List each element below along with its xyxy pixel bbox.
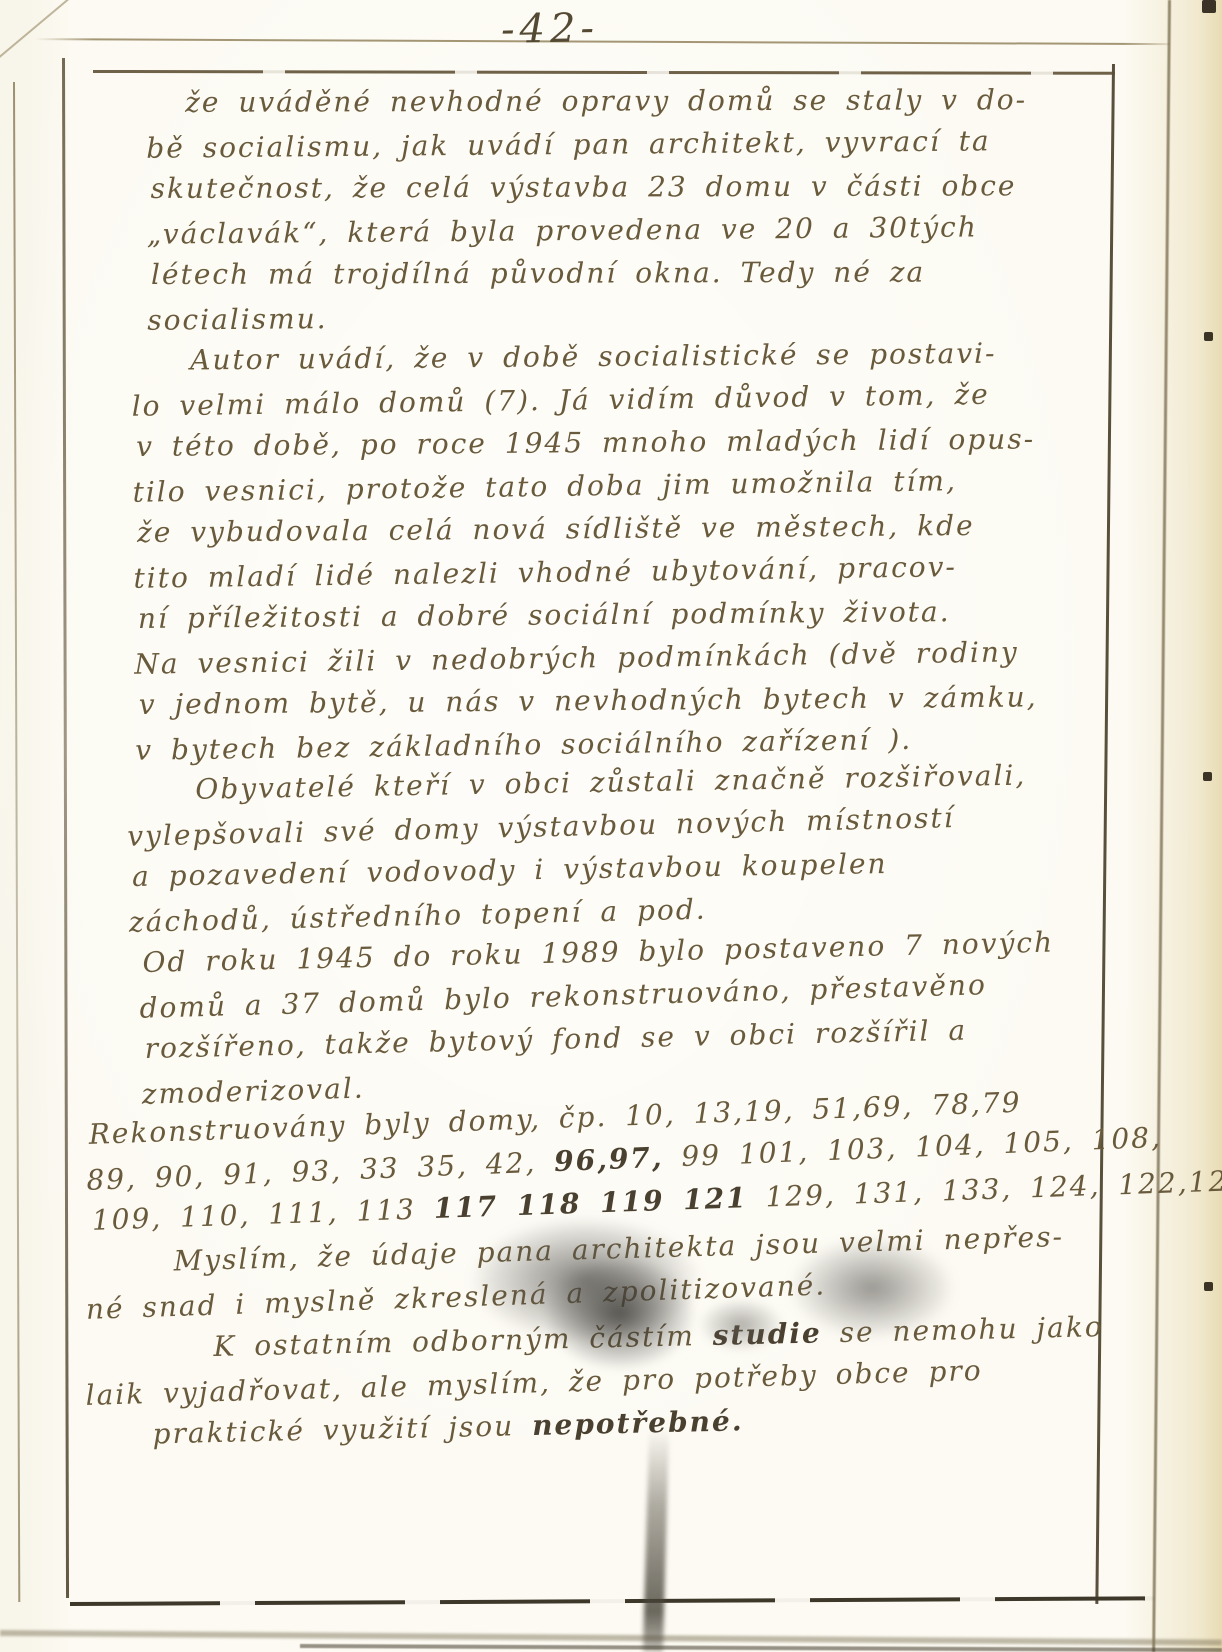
handwritten-line: bě socialismu, jak uvádí pan architekt, … xyxy=(146,118,1111,169)
outer-frame-bottom-line xyxy=(0,1630,1222,1646)
page-edge-strip xyxy=(1196,0,1222,1652)
paragraph: Autor uvádí, že v době socialistické se … xyxy=(135,330,1119,770)
page-number: -42- xyxy=(480,5,621,53)
scanned-document-page: -42- že uváděné nevhodné opravy domů se … xyxy=(0,0,1222,1652)
handwritten-line: že uváděné nevhodné opravy domů se staly… xyxy=(185,78,1115,124)
handwritten-line: „václavák“, která byla provedena ve 20 a… xyxy=(147,204,1112,255)
inner-box-bottom-border xyxy=(70,1596,1155,1606)
handwritten-line: skutečnost, že celá výstavba 23 domu v č… xyxy=(150,164,1115,210)
inner-box-top-border xyxy=(93,70,1115,75)
outer-frame-right-line xyxy=(1152,0,1171,1652)
edge-mark xyxy=(1203,772,1212,781)
bottom-scan-shadow xyxy=(300,1644,1222,1652)
paragraph: že uváděné nevhodné opravy domů se staly… xyxy=(150,77,1116,340)
handwritten-line: létech má trojdílná původní okna. Tedy n… xyxy=(151,250,1116,296)
pencil-streak xyxy=(643,1428,669,1652)
paragraph: K ostatním odborným částím studie se nem… xyxy=(88,1304,1118,1458)
edge-mark xyxy=(1204,1282,1213,1291)
page-corner-crease xyxy=(0,0,70,64)
edge-mark xyxy=(1204,332,1213,341)
edge-mark xyxy=(1202,0,1216,13)
paragraph: Obyvatelé kteří v obci zůstali značně ro… xyxy=(130,751,1118,942)
handwriting-block: že uváděné nevhodné opravy domů se staly… xyxy=(0,82,1115,1458)
